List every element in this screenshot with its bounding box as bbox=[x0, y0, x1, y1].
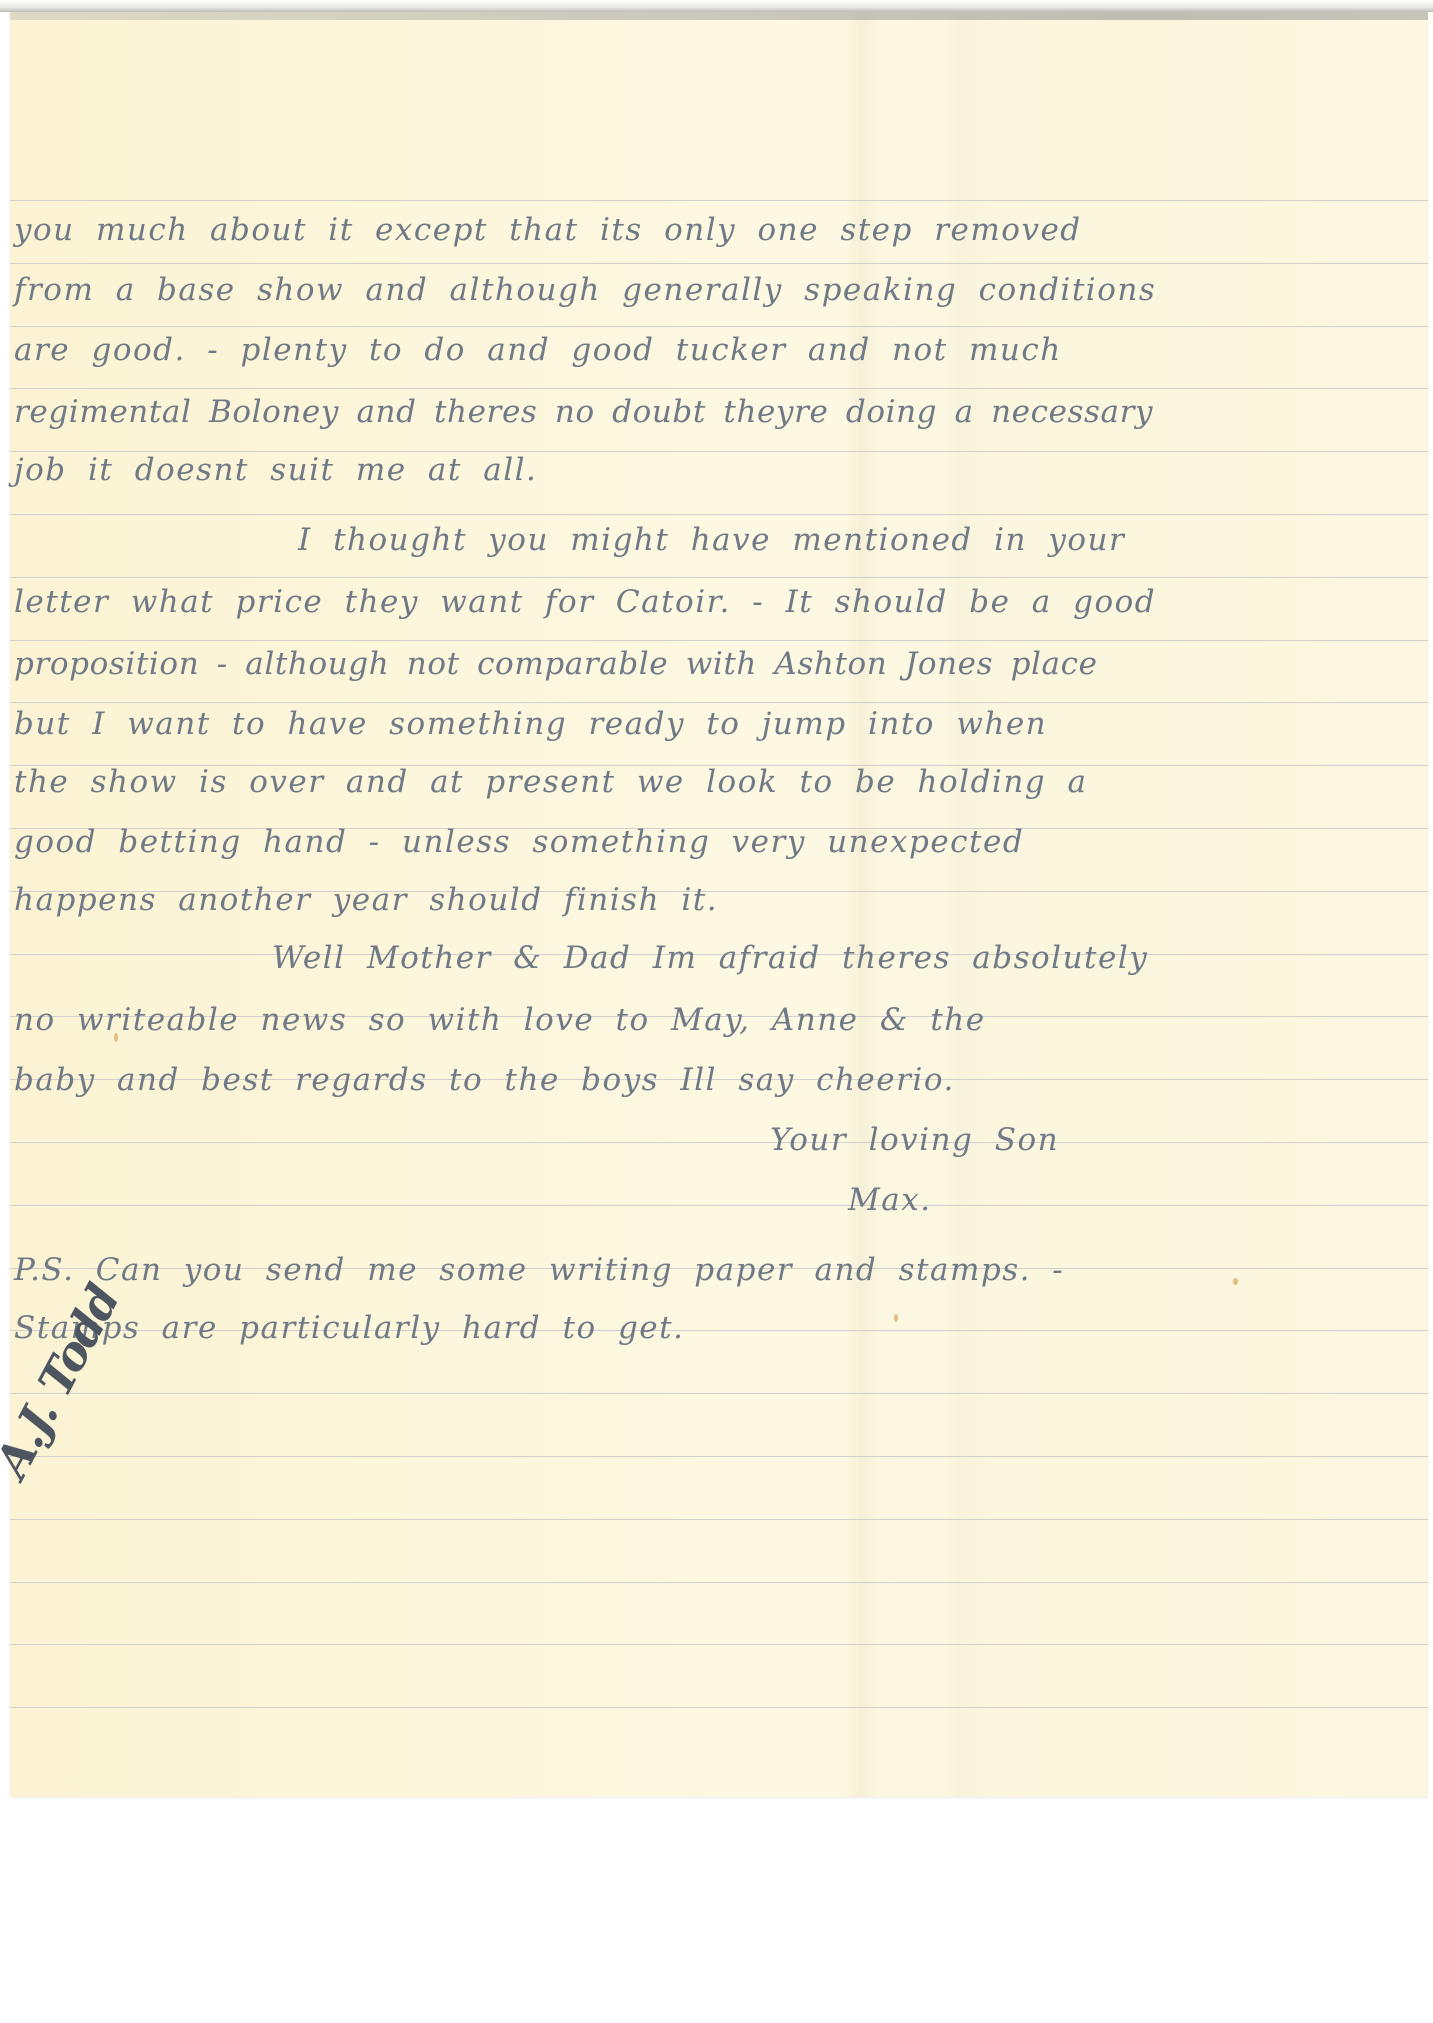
letter-line-7: letter what price they want for Catoir. … bbox=[14, 584, 1156, 620]
ruled-line bbox=[10, 1519, 1428, 1520]
letter-line-11: good betting hand - unless something ver… bbox=[14, 824, 1024, 860]
ruled-line bbox=[10, 200, 1428, 201]
letter-line-9: but I want to have something ready to ju… bbox=[14, 706, 1047, 742]
ink-stain bbox=[1233, 1278, 1238, 1285]
sign-off-name: Max. bbox=[848, 1182, 932, 1218]
letter-line-1: you much about it except that its only o… bbox=[14, 212, 1082, 248]
postscript-line-1: P.S. Can you send me some writing paper … bbox=[14, 1252, 1064, 1288]
letter-line-2: from a base show and although generally … bbox=[14, 272, 1156, 308]
paper-fold-shadow bbox=[10, 12, 1428, 20]
letter-line-3: are good. - plenty to do and good tucker… bbox=[14, 332, 1062, 368]
ruled-line bbox=[10, 577, 1428, 578]
ruled-line bbox=[10, 1456, 1428, 1457]
letter-line-14: no writeable news so with love to May, A… bbox=[14, 1002, 986, 1038]
ruled-line bbox=[10, 1707, 1428, 1708]
ruled-line bbox=[10, 388, 1428, 389]
letter-line-8: proposition - although not comparable wi… bbox=[14, 646, 1098, 682]
scanner-edge bbox=[0, 0, 1433, 12]
ink-stain bbox=[114, 1033, 118, 1042]
letter-line-10: the show is over and at present we look … bbox=[14, 764, 1087, 800]
ruled-line bbox=[10, 326, 1428, 327]
letter-line-6: I thought you might have mentioned in yo… bbox=[298, 522, 1125, 558]
letter-line-13: Well Mother & Dad Im afraid theres absol… bbox=[272, 940, 1148, 976]
ruled-line bbox=[10, 1582, 1428, 1583]
letter-line-12: happens another year should finish it. bbox=[14, 882, 718, 918]
letter-page: you much about it except that its only o… bbox=[10, 12, 1428, 1797]
ruled-line bbox=[10, 702, 1428, 703]
closing-salutation: Your loving Son bbox=[770, 1122, 1059, 1158]
ruled-line bbox=[10, 514, 1428, 515]
ruled-line bbox=[10, 263, 1428, 264]
letter-line-5: job it doesnt suit me at all. bbox=[14, 452, 537, 488]
ruled-line bbox=[10, 1205, 1428, 1206]
ruled-line bbox=[10, 1644, 1428, 1645]
ruled-line bbox=[10, 640, 1428, 641]
letter-line-15: baby and best regards to the boys Ill sa… bbox=[14, 1062, 955, 1098]
ruled-line bbox=[10, 1393, 1428, 1394]
letter-line-4: regimental Boloney and theres no doubt t… bbox=[14, 394, 1153, 430]
ink-stain bbox=[894, 1314, 898, 1322]
ruled-line bbox=[10, 1142, 1428, 1143]
signature: A.J. Todd bbox=[0, 1277, 130, 1486]
